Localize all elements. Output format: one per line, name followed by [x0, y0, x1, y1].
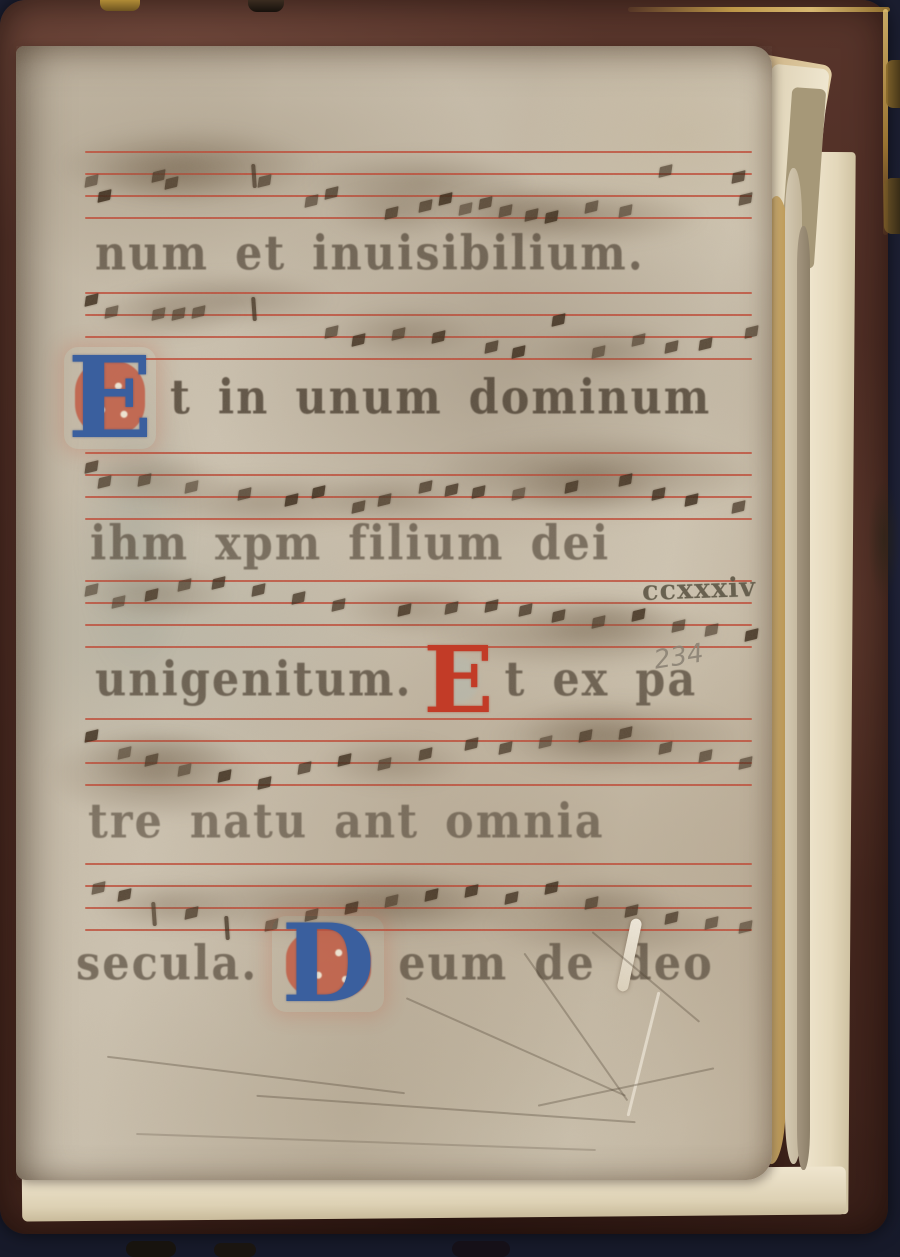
- neume-icon: [378, 493, 392, 507]
- neume-icon: [418, 747, 432, 761]
- neume-icon: [665, 911, 679, 925]
- neume-icon: [738, 920, 752, 934]
- text-line: unigenitum.Et ex pa: [95, 648, 697, 712]
- neume-icon: [98, 189, 112, 203]
- parchment-crack: [627, 992, 661, 1117]
- neume-icon: [178, 578, 192, 592]
- staff: [85, 292, 752, 372]
- neume-icon: [458, 202, 472, 216]
- bronze-fitting-icon: [886, 60, 900, 108]
- neume-icon: [478, 196, 492, 210]
- neume-icon: [391, 327, 405, 341]
- neume-icon: [184, 480, 198, 494]
- neume-icon: [671, 619, 685, 633]
- neume-icon: [551, 313, 565, 327]
- illuminated-initial: E: [426, 642, 490, 718]
- text-line: ihm xpm filium dei: [90, 512, 610, 576]
- scratch: [107, 1056, 405, 1094]
- neume-icon: [104, 305, 118, 319]
- neume-icon: [698, 337, 712, 351]
- neume-icon: [618, 204, 632, 218]
- neume-icon: [651, 487, 665, 501]
- text-line: Et in unum dominum: [64, 366, 711, 430]
- neume-icon: [625, 904, 639, 918]
- binding-foot-icon: [452, 1241, 510, 1257]
- staff-line: [85, 474, 752, 476]
- illuminated-initial: D: [272, 916, 384, 1012]
- neume-icon: [191, 305, 205, 319]
- folio-number-roman: ccxxxiv: [641, 572, 756, 607]
- neume-icon: [485, 599, 499, 613]
- stain: [519, 708, 669, 762]
- neume-icon: [431, 330, 445, 344]
- neume-icon: [184, 906, 198, 920]
- staff: [85, 151, 752, 231]
- neume-icon: [84, 174, 98, 188]
- neume-icon: [91, 881, 105, 895]
- neume-icon: [745, 628, 759, 642]
- gothic-text: tre natu ant omnia: [88, 794, 605, 850]
- staff-line: [85, 336, 752, 338]
- gothic-text: eum de deo: [398, 936, 714, 992]
- neume-icon: [98, 475, 112, 489]
- neume-icon: [118, 746, 132, 760]
- bronze-fitting-icon: [884, 178, 900, 234]
- staff-line: [85, 314, 752, 316]
- gothic-text: unigenitum.: [95, 652, 412, 708]
- staff-line: [85, 195, 752, 197]
- clasp-hardware-shadow: [868, 480, 900, 600]
- staff-line: [85, 173, 752, 175]
- neume-icon: [465, 884, 479, 898]
- neume-icon: [164, 176, 178, 190]
- neume-icon: [331, 598, 345, 612]
- neume-icon: [631, 333, 645, 347]
- staff: [85, 718, 752, 798]
- staff-line: [85, 740, 752, 742]
- clasp-knob-icon: [100, 0, 140, 11]
- neume-icon: [698, 749, 712, 763]
- neume-icon: [731, 170, 745, 184]
- staff-line: [85, 929, 752, 931]
- clasp-knob-icon: [248, 0, 284, 12]
- neume-icon: [385, 894, 399, 908]
- neume-icon: [585, 200, 599, 214]
- staff-line: [85, 292, 752, 294]
- neume-icon: [298, 761, 312, 775]
- staff-line: [85, 784, 752, 786]
- gothic-text: num et inuisibilium.: [95, 226, 645, 282]
- neume-icon: [445, 601, 459, 615]
- neume-icon: [238, 487, 252, 501]
- neume-icon: [151, 902, 157, 926]
- neume-icon: [425, 888, 439, 902]
- gothic-text: ihm xpm filium dei: [90, 516, 610, 572]
- neume-icon: [251, 164, 257, 188]
- neume-icon: [545, 881, 559, 895]
- neume-icon: [258, 776, 272, 790]
- neume-icon: [551, 609, 565, 623]
- neume-icon: [251, 297, 257, 321]
- neume-icon: [631, 608, 645, 622]
- staff-line: [85, 885, 752, 887]
- binding-foot-icon: [126, 1241, 176, 1257]
- manuscript-photo: num et inuisibilium.Et in unum dominumih…: [0, 0, 900, 1257]
- neume-icon: [138, 473, 152, 487]
- neume-icon: [418, 480, 432, 494]
- neume-icon: [538, 735, 552, 749]
- neume-icon: [144, 753, 158, 767]
- neume-icon: [465, 737, 479, 751]
- page-edge-stack: [797, 226, 810, 1170]
- gothic-text: secula.: [76, 936, 258, 992]
- neume-icon: [505, 891, 519, 905]
- neume-icon: [151, 307, 165, 321]
- neume-icon: [251, 583, 265, 597]
- gothic-text: t in unum dominum: [170, 370, 711, 426]
- neume-icon: [378, 757, 392, 771]
- staff-line: [85, 452, 752, 454]
- neume-icon: [565, 480, 579, 494]
- neume-icon: [84, 293, 98, 307]
- neume-icon: [525, 208, 539, 222]
- neume-icon: [518, 603, 532, 617]
- neume-icon: [144, 588, 158, 602]
- neume-icon: [705, 623, 719, 637]
- neume-icon: [171, 307, 185, 321]
- text-line: tre natu ant omnia: [88, 790, 605, 854]
- neume-icon: [498, 204, 512, 218]
- staff-line: [85, 151, 752, 153]
- folio-number-pencil: 234: [652, 638, 706, 675]
- neume-icon: [618, 473, 632, 487]
- neume-icon: [218, 769, 232, 783]
- staff-line: [85, 624, 752, 626]
- staff-line: [85, 358, 752, 360]
- parchment-page: num et inuisibilium.Et in unum dominumih…: [16, 46, 772, 1180]
- text-line: num et inuisibilium.: [95, 222, 645, 286]
- neume-icon: [658, 741, 672, 755]
- staff-line: [85, 217, 752, 219]
- scratch: [256, 1095, 635, 1123]
- neume-icon: [151, 169, 165, 183]
- binding-foot-icon: [214, 1243, 256, 1257]
- staff-line: [85, 863, 752, 865]
- neume-icon: [591, 345, 605, 359]
- neume-icon: [665, 340, 679, 354]
- neume-icon: [591, 615, 605, 629]
- staff: [85, 863, 752, 943]
- neume-icon: [445, 483, 459, 497]
- neume-icon: [325, 186, 339, 200]
- gold-trim-top-icon: [628, 7, 890, 12]
- neume-icon: [731, 500, 745, 514]
- neume-icon: [438, 192, 452, 206]
- neume-icon: [418, 199, 432, 213]
- staff-line: [85, 718, 752, 720]
- neume-icon: [738, 756, 752, 770]
- neume-icon: [705, 916, 719, 930]
- illuminated-initial: E: [64, 347, 156, 449]
- neume-icon: [738, 192, 752, 206]
- neume-icon: [745, 325, 759, 339]
- neume-icon: [485, 340, 499, 354]
- neume-icon: [118, 888, 132, 902]
- neume-icon: [511, 345, 525, 359]
- neume-icon: [285, 493, 299, 507]
- neume-icon: [338, 753, 352, 767]
- neume-icon: [305, 194, 319, 208]
- neume-icon: [398, 603, 412, 617]
- stain: [505, 459, 655, 513]
- neume-icon: [111, 595, 125, 609]
- neume-icon: [351, 333, 365, 347]
- scratch: [406, 997, 626, 1096]
- neume-icon: [211, 576, 225, 590]
- neume-icon: [685, 493, 699, 507]
- neume-icon: [178, 763, 192, 777]
- stain: [92, 148, 242, 202]
- neume-icon: [618, 726, 632, 740]
- scratch: [136, 1133, 596, 1151]
- neume-icon: [511, 487, 525, 501]
- flyleaf-edge-right: [802, 152, 855, 1214]
- neume-icon: [658, 164, 672, 178]
- neume-icon: [84, 583, 98, 597]
- neume-icon: [258, 174, 272, 188]
- neume-icon: [498, 741, 512, 755]
- stain: [92, 879, 242, 933]
